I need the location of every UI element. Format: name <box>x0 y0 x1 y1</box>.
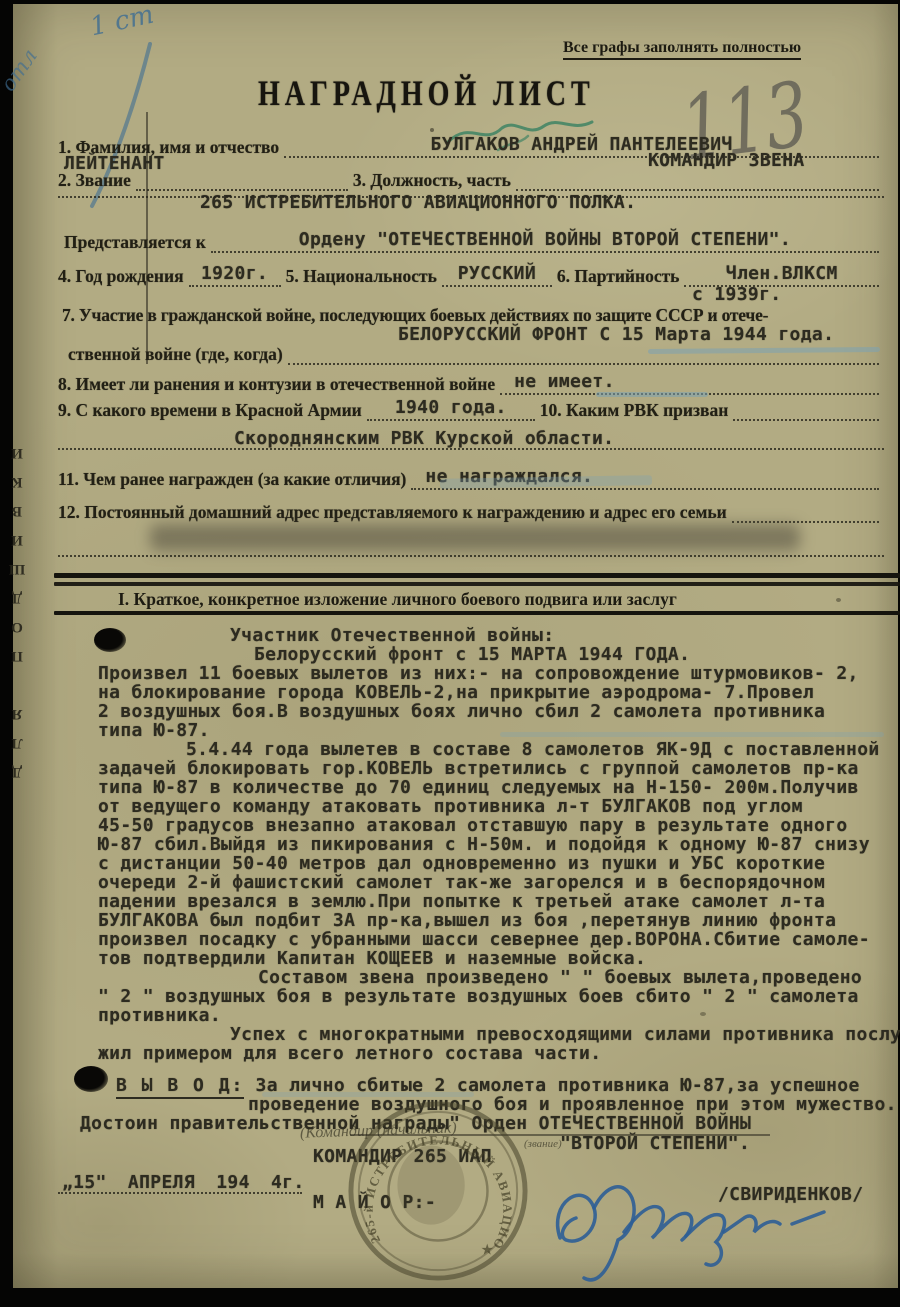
field-11-label: 11. Чем ранее награжден (за какие отличи… <box>58 469 406 490</box>
field-10-value: Скороднянским РВК Курской области. <box>234 428 614 449</box>
story-line: 2 воздушных боя.В воздушных боях лично с… <box>98 702 890 721</box>
field-6-value-2: с 1939г. <box>692 284 782 305</box>
position-value: КОМАНДИР ЗВЕНА <box>648 150 805 171</box>
story-line: БУЛГАКОВА был подбит ЗА пр-ка,вышел из б… <box>98 911 890 930</box>
field-5-label: 5. Национальность <box>286 266 437 287</box>
story-line: жил примером для всего летного состава ч… <box>98 1044 890 1063</box>
field-8-value: не имеет. <box>514 371 615 392</box>
story-line: типа Ю-87. <box>98 721 890 740</box>
presented-value: Ордену "ОТЕЧЕСТВЕННОЙ ВОЙНЫ ВТОРОЙ СТЕПЕ… <box>299 229 791 250</box>
commander-signature <box>540 1140 880 1290</box>
field-5-value: РУССКИЙ <box>458 263 536 284</box>
story-line: Ю-87 сбил.Выйдя из пикирования с Н-50м. … <box>98 835 890 854</box>
star-icon: ★ <box>481 1242 494 1258</box>
redacted-address <box>150 524 800 551</box>
merit-narrative: Участник Отечественной войны: Белорусски… <box>98 626 890 1063</box>
blue-pencil-underline <box>500 732 884 737</box>
presented-label: Представляется к <box>64 232 206 253</box>
section-1-heading: I. Краткое, конкретное изложение личного… <box>118 589 677 610</box>
story-line: 5.4.44 года вылетев в составе 8 самолето… <box>186 740 890 759</box>
field-6-label: 6. Партийность <box>557 266 680 287</box>
paper-speck <box>700 1012 706 1016</box>
field-7-label-2: ственной войне (где, когда) <box>68 344 283 365</box>
date-value: „15" АПРЕЛЯ 194 4г. <box>62 1172 305 1193</box>
story-line: задачей блокировать гор.КОВЕЛЬ встретили… <box>98 759 890 778</box>
dotted-line <box>58 555 884 557</box>
conclusion-label: В Ы В О Д: <box>116 1075 244 1099</box>
story-line: Белорусский фронт с 15 МАРТА 1944 ГОДА. <box>254 645 890 664</box>
story-line: с дистанции 50-40 метров дал одновременн… <box>98 854 890 873</box>
story-line: " 2 " воздушных боя в результате воздушн… <box>98 987 890 1006</box>
story-line: от ведущего команду атаковать противника… <box>98 797 890 816</box>
field-12-row: 12. Постоянный домашний адрес представля… <box>58 502 884 523</box>
field-4-value: 1920г. <box>201 263 268 284</box>
field-9-label: 9. С какого времени в Красной Армии <box>58 400 362 421</box>
field-3-label: 3. Должность, часть <box>353 170 511 191</box>
story-line: Успех с многократными превосходящими сил… <box>230 1025 890 1044</box>
field-7-row-2: ственной войне (где, когда) <box>68 344 884 365</box>
section-divider <box>54 573 900 578</box>
field-6-value: Член.ВЛКСМ <box>726 263 838 284</box>
field-12-label: 12. Постоянный домашний адрес представля… <box>58 502 727 523</box>
dotted-line <box>58 448 884 450</box>
field-7-value: БЕЛОРУССКИЙ ФРОНТ С 15 Марта 1944 года. <box>398 324 834 345</box>
field-8-label: 8. Имеет ли ранения и контузии в отечест… <box>58 374 495 395</box>
unit-stamp: 265-й ИСТРЕБИТЕЛЬНЫЙ АВИАЦИОННЫЙ ПОЛК ★ <box>343 1098 533 1286</box>
story-line: на блокирование города КОВЕЛЬ-2,на прикр… <box>98 683 890 702</box>
field-8-row: 8. Имеет ли ранения и контузии в отечест… <box>58 371 884 395</box>
binding-margin-text: ДЛЯ ПОДШИВКИ <box>9 318 26 893</box>
story-line: Произвел 11 боевых вылетов из них:- на с… <box>98 664 890 683</box>
field-9-10-row: 9. С какого времени в Красной Армии 1940… <box>58 397 884 421</box>
story-line: тов подтвердили Капитан КОЩЕЕВ и наземны… <box>98 949 890 968</box>
field-7-label-1: 7. Участие в гражданской войне, последую… <box>62 305 768 326</box>
paper-speck <box>836 598 841 602</box>
story-line: 45-50 градусов внезапно атаковал отставш… <box>98 816 890 835</box>
story-line: типа Ю-87 в количестве до 70 единиц след… <box>98 778 890 797</box>
fill-instruction-note: Все графы заполнять полностью <box>563 39 801 57</box>
document-scan: ДЛЯ ПОДШИВКИ 1 ст отл Все графы заполнят… <box>0 0 900 1307</box>
blue-pencil-underline <box>262 1092 474 1097</box>
story-line: падении врезался в землю.При попытке к т… <box>98 892 890 911</box>
field-4-label: 4. Год рождения <box>58 266 184 287</box>
section-divider <box>54 611 900 615</box>
dotted-line <box>58 196 884 198</box>
paper-speck <box>430 128 434 132</box>
field-2-label: 2. Звание <box>58 170 131 191</box>
story-line: очереди 2-й фашистский самолет так-же за… <box>98 873 890 892</box>
section-divider <box>54 582 900 586</box>
field-10-label: 10. Каким РВК призван <box>540 400 729 421</box>
field-9-value: 1940 года. <box>395 397 507 418</box>
story-line: противника. <box>98 1006 890 1025</box>
story-line: Составом звена произведено " " боевых вы… <box>258 968 890 987</box>
story-line: Участник Отечественной войны: <box>230 626 890 645</box>
presented-row: Представляется к Ордену "ОТЕЧЕСТВЕННОЙ В… <box>64 229 884 253</box>
field-2-3-row: 2. Звание 3. Должность, часть <box>58 170 884 191</box>
story-line: произвел посадку с убранными шасси север… <box>98 930 890 949</box>
